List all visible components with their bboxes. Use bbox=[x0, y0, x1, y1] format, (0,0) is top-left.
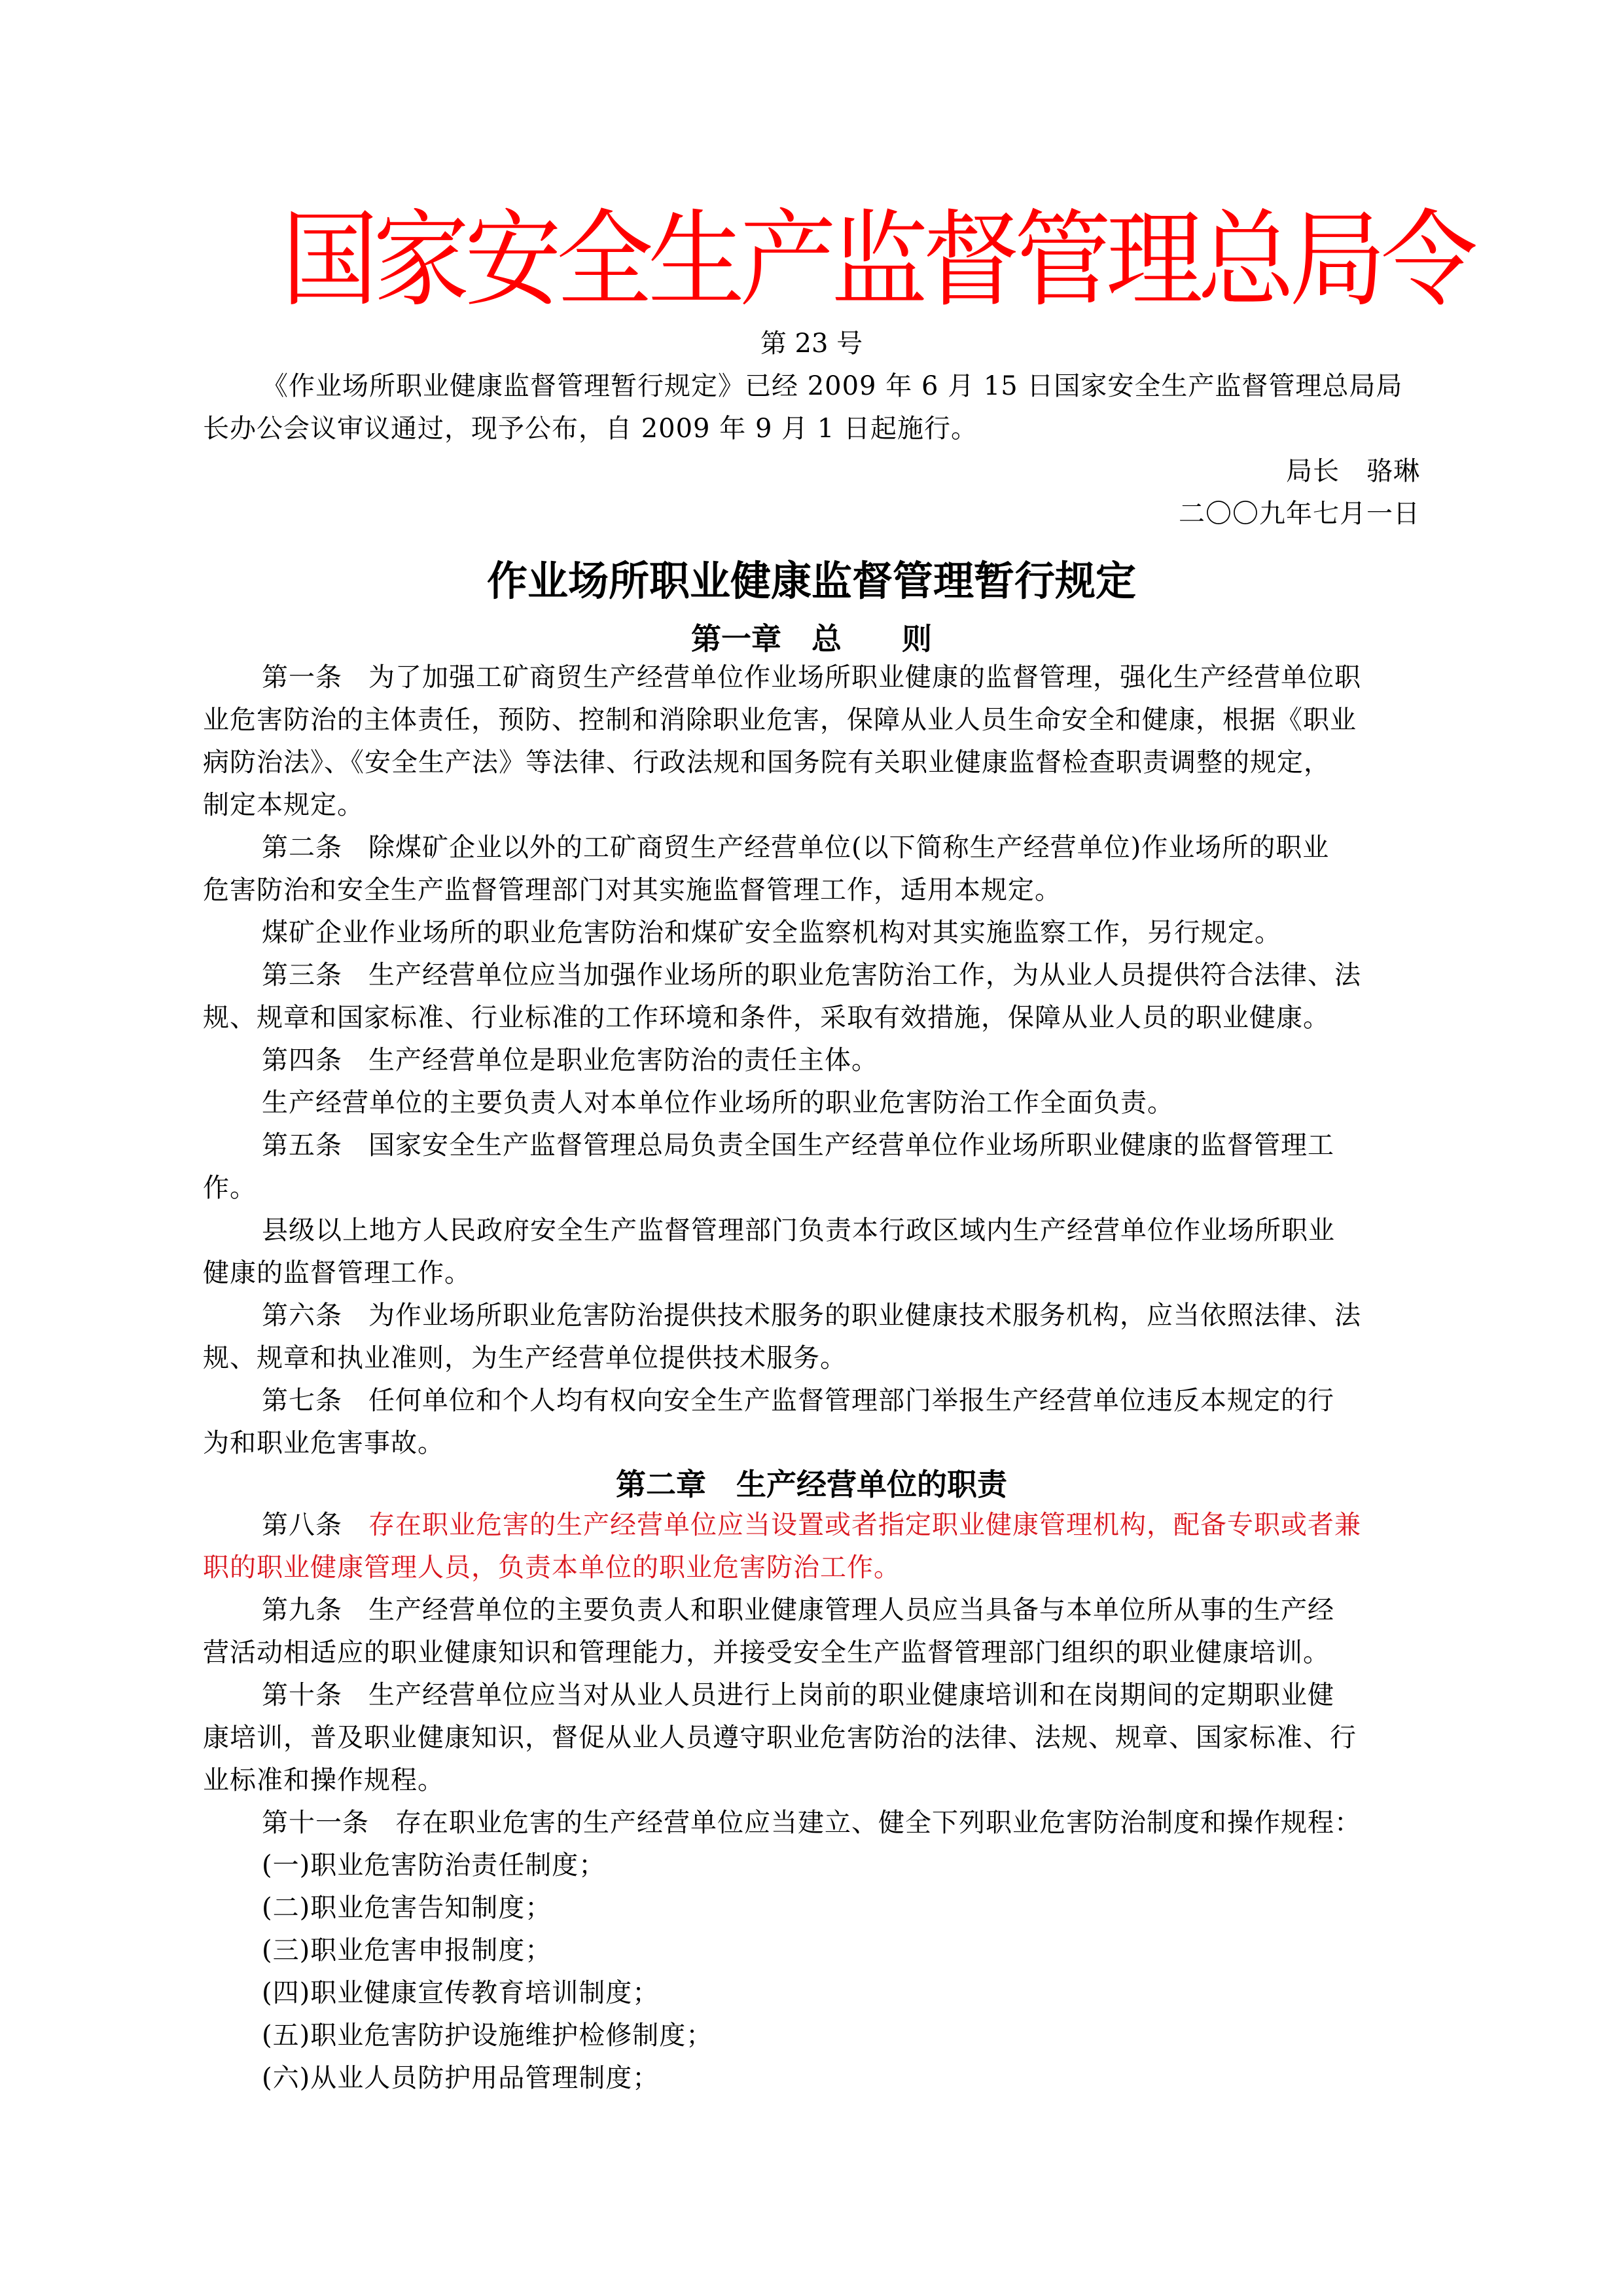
list-item: (一)职业危害防治责任制度； bbox=[262, 1849, 605, 1882]
article-label: 第十一条 bbox=[262, 1808, 369, 1838]
article-4: 第四条生产经营单位是职业危害防治的责任主体。 bbox=[262, 1044, 878, 1077]
article-label: 第九条 bbox=[262, 1595, 342, 1625]
article-text: 生产经营单位的主要负责人和职业健康管理人员应当具备与本单位所从事的生产经 bbox=[368, 1595, 1334, 1625]
chapter-heading-1: 第一章 总 则 bbox=[0, 620, 1623, 657]
list-item: (四)职业健康宣传教育培训制度； bbox=[262, 1977, 659, 2009]
article-text: 除煤矿企业以外的工矿商贸生产经营单位(以下简称生产经营单位)作业场所的职业 bbox=[368, 833, 1329, 863]
signature: 局长 骆琳 bbox=[1286, 455, 1420, 488]
body-line: 为和职业危害事故。 bbox=[203, 1427, 444, 1460]
body-line: 康培训，普及职业健康知识，督促从业人员遵守职业危害防治的法律、法规、规章、国家标… bbox=[203, 1721, 1357, 1754]
body-line: 危害防治和安全生产监督管理部门对其实施监督管理工作，适用本规定。 bbox=[203, 874, 1061, 906]
article-text: 为作业场所职业危害防治提供技术服务的职业健康技术服务机构，应当依照法律、法 bbox=[368, 1300, 1361, 1331]
body-line: 县级以上地方人民政府安全生产监督管理部门负责本行政区域内生产经营单位作业场所职业 bbox=[262, 1214, 1335, 1247]
chapter-heading-2: 第二章 生产经营单位的职责 bbox=[0, 1466, 1623, 1503]
preamble-line-1: 《作业场所职业健康监督管理暂行规定》已经 2009 年 6 月 15 日国家安全… bbox=[262, 370, 1402, 403]
article-label: 第四条 bbox=[262, 1045, 342, 1075]
article-2: 第二条除煤矿企业以外的工矿商贸生产经营单位(以下简称生产经营单位)作业场所的职业 bbox=[262, 831, 1329, 864]
list-item: (五)职业危害防护设施维护检修制度； bbox=[262, 2019, 713, 2052]
article-6: 第六条为作业场所职业危害防治提供技术服务的职业健康技术服务机构，应当依照法律、法 bbox=[262, 1299, 1361, 1332]
list-item: (六)从业人员防护用品管理制度； bbox=[262, 2062, 659, 2094]
preamble-line-2: 长办公会议审议通过，现予公布，自 2009 年 9 月 1 日起施行。 bbox=[203, 412, 978, 445]
decree-title: 国家安全生产监督管理总局令 bbox=[281, 196, 1342, 323]
decree-number: 第 23 号 bbox=[0, 327, 1623, 360]
body-line: 作。 bbox=[203, 1172, 257, 1204]
article-label: 第八条 bbox=[262, 1510, 342, 1540]
body-line: 营活动相适应的职业健康知识和管理能力，并接受安全生产监督管理部门组织的职业健康培… bbox=[203, 1636, 1330, 1669]
article-label: 第十条 bbox=[262, 1680, 342, 1710]
article-label: 第五条 bbox=[262, 1130, 342, 1160]
article-text: 生产经营单位应当对从业人员进行上岗前的职业健康培训和在岗期间的定期职业健 bbox=[368, 1680, 1334, 1710]
list-item: (二)职业危害告知制度； bbox=[262, 1892, 552, 1924]
body-line: 规、规章和国家标准、行业标准的工作环境和条件，采取有效措施，保障从业人员的职业健… bbox=[203, 1001, 1330, 1034]
article-10: 第十条生产经营单位应当对从业人员进行上岗前的职业健康培训和在岗期间的定期职业健 bbox=[262, 1679, 1334, 1712]
article-5: 第五条国家安全生产监督管理总局负责全国生产经营单位作业场所职业健康的监督管理工 bbox=[262, 1129, 1334, 1162]
article-text: 生产经营单位是职业危害防治的责任主体。 bbox=[368, 1045, 878, 1075]
article-label: 第六条 bbox=[262, 1300, 342, 1331]
body-line: 业标准和操作规程。 bbox=[203, 1764, 444, 1797]
highlighted-text: 存在职业危害的生产经营单位应当设置或者指定职业健康管理机构，配备专职或者兼 bbox=[368, 1510, 1361, 1540]
body-line: 病防治法》、《安全生产法》等法律、行政法规和国务院有关职业健康监督检查职责调整的… bbox=[203, 746, 1330, 779]
article-label: 第七条 bbox=[262, 1386, 342, 1416]
article-3: 第三条生产经营单位应当加强作业场所的职业危害防治工作，为从业人员提供符合法律、法 bbox=[262, 959, 1361, 992]
list-item: (三)职业危害申报制度； bbox=[262, 1934, 552, 1967]
article-label: 第二条 bbox=[262, 833, 342, 863]
body-line: 制定本规定。 bbox=[203, 789, 364, 821]
article-text: 国家安全生产监督管理总局负责全国生产经营单位作业场所职业健康的监督管理工 bbox=[368, 1130, 1334, 1160]
article-label: 第一条 bbox=[262, 662, 342, 692]
article-text: 任何单位和个人均有权向安全生产监督管理部门举报生产经营单位违反本规定的行 bbox=[368, 1386, 1334, 1416]
body-line: 规、规章和执业准则，为生产经营单位提供技术服务。 bbox=[203, 1342, 847, 1374]
highlighted-line: 职的职业健康管理人员，负责本单位的职业危害防治工作。 bbox=[203, 1551, 901, 1584]
article-11: 第十一条存在职业危害的生产经营单位应当建立、健全下列职业危害防治制度和操作规程： bbox=[262, 1806, 1361, 1839]
body-line: 业危害防治的主体责任，预防、控制和消除职业危害，保障从业人员生命安全和健康，根据… bbox=[203, 704, 1357, 736]
article-label: 第三条 bbox=[262, 960, 342, 990]
body-line: 健康的监督管理工作。 bbox=[203, 1257, 471, 1289]
body-line: 生产经营单位的主要负责人对本单位作业场所的职业危害防治工作全面负责。 bbox=[262, 1086, 1174, 1119]
document-title: 作业场所职业健康监督管理暂行规定 bbox=[0, 558, 1623, 605]
article-1: 第一条为了加强工矿商贸生产经营单位作业场所职业健康的监督管理，强化生产经营单位职 bbox=[262, 661, 1361, 694]
article-8: 第八条存在职业危害的生产经营单位应当设置或者指定职业健康管理机构，配备专职或者兼 bbox=[262, 1509, 1361, 1541]
article-text: 存在职业危害的生产经营单位应当建立、健全下列职业危害防治制度和操作规程： bbox=[395, 1808, 1361, 1838]
article-7: 第七条任何单位和个人均有权向安全生产监督管理部门举报生产经营单位违反本规定的行 bbox=[262, 1384, 1334, 1417]
article-text: 为了加强工矿商贸生产经营单位作业场所职业健康的监督管理，强化生产经营单位职 bbox=[368, 662, 1361, 692]
article-text: 生产经营单位应当加强作业场所的职业危害防治工作，为从业人员提供符合法律、法 bbox=[368, 960, 1361, 990]
body-line: 煤矿企业作业场所的职业危害防治和煤矿安全监察机构对其实施监察工作，另行规定。 bbox=[262, 916, 1281, 949]
article-9: 第九条生产经营单位的主要负责人和职业健康管理人员应当具备与本单位所从事的生产经 bbox=[262, 1594, 1334, 1626]
issue-date: 二〇〇九年七月一日 bbox=[1179, 497, 1420, 530]
